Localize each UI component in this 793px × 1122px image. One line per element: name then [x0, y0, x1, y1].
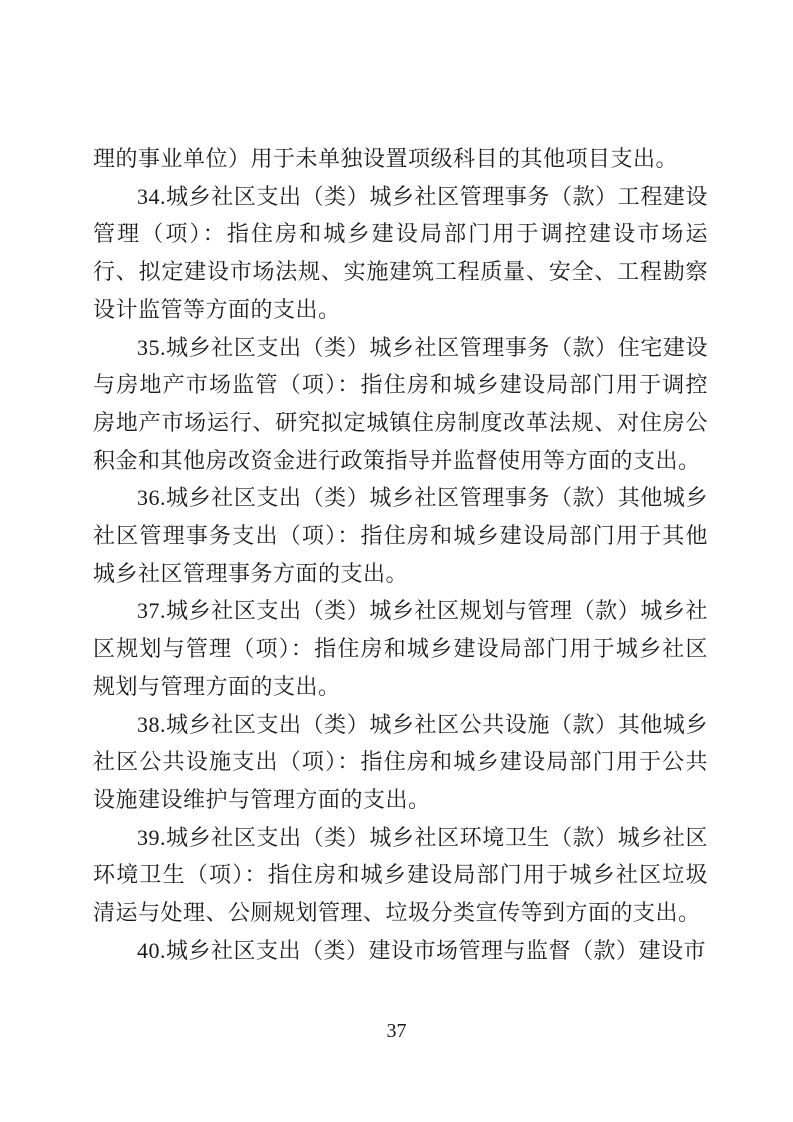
- page-number: 37: [387, 1020, 407, 1042]
- body-text: 理的事业单位）用于未单独设置项级科目的其他项目支出。 34.城乡社区支出（类）城…: [93, 140, 708, 969]
- paragraph-item-37: 37.城乡社区支出（类）城乡社区规划与管理（款）城乡社区规划与管理（项）：指住房…: [93, 592, 708, 705]
- paragraph-continuation: 理的事业单位）用于未单独设置项级科目的其他项目支出。: [93, 140, 708, 178]
- paragraph-item-38: 38.城乡社区支出（类）城乡社区公共设施（款）其他城乡社区公共设施支出（项）：指…: [93, 706, 708, 819]
- page-footer: 37: [0, 1017, 793, 1045]
- paragraph-item-34: 34.城乡社区支出（类）城乡社区管理事务（款）工程建设管理（项）：指住房和城乡建…: [93, 178, 708, 329]
- paragraph-item-40: 40.城乡社区支出（类）建设市场管理与监督（款）建设市: [93, 932, 708, 970]
- document-page: 理的事业单位）用于未单独设置项级科目的其他项目支出。 34.城乡社区支出（类）城…: [0, 0, 793, 1122]
- paragraph-item-39: 39.城乡社区支出（类）城乡社区环境卫生（款）城乡社区环境卫生（项）：指住房和城…: [93, 819, 708, 932]
- paragraph-item-35: 35.城乡社区支出（类）城乡社区管理事务（款）住宅建设与房地产市场监管（项）：指…: [93, 329, 708, 480]
- paragraph-item-36: 36.城乡社区支出（类）城乡社区管理事务（款）其他城乡社区管理事务支出（项）：指…: [93, 479, 708, 592]
